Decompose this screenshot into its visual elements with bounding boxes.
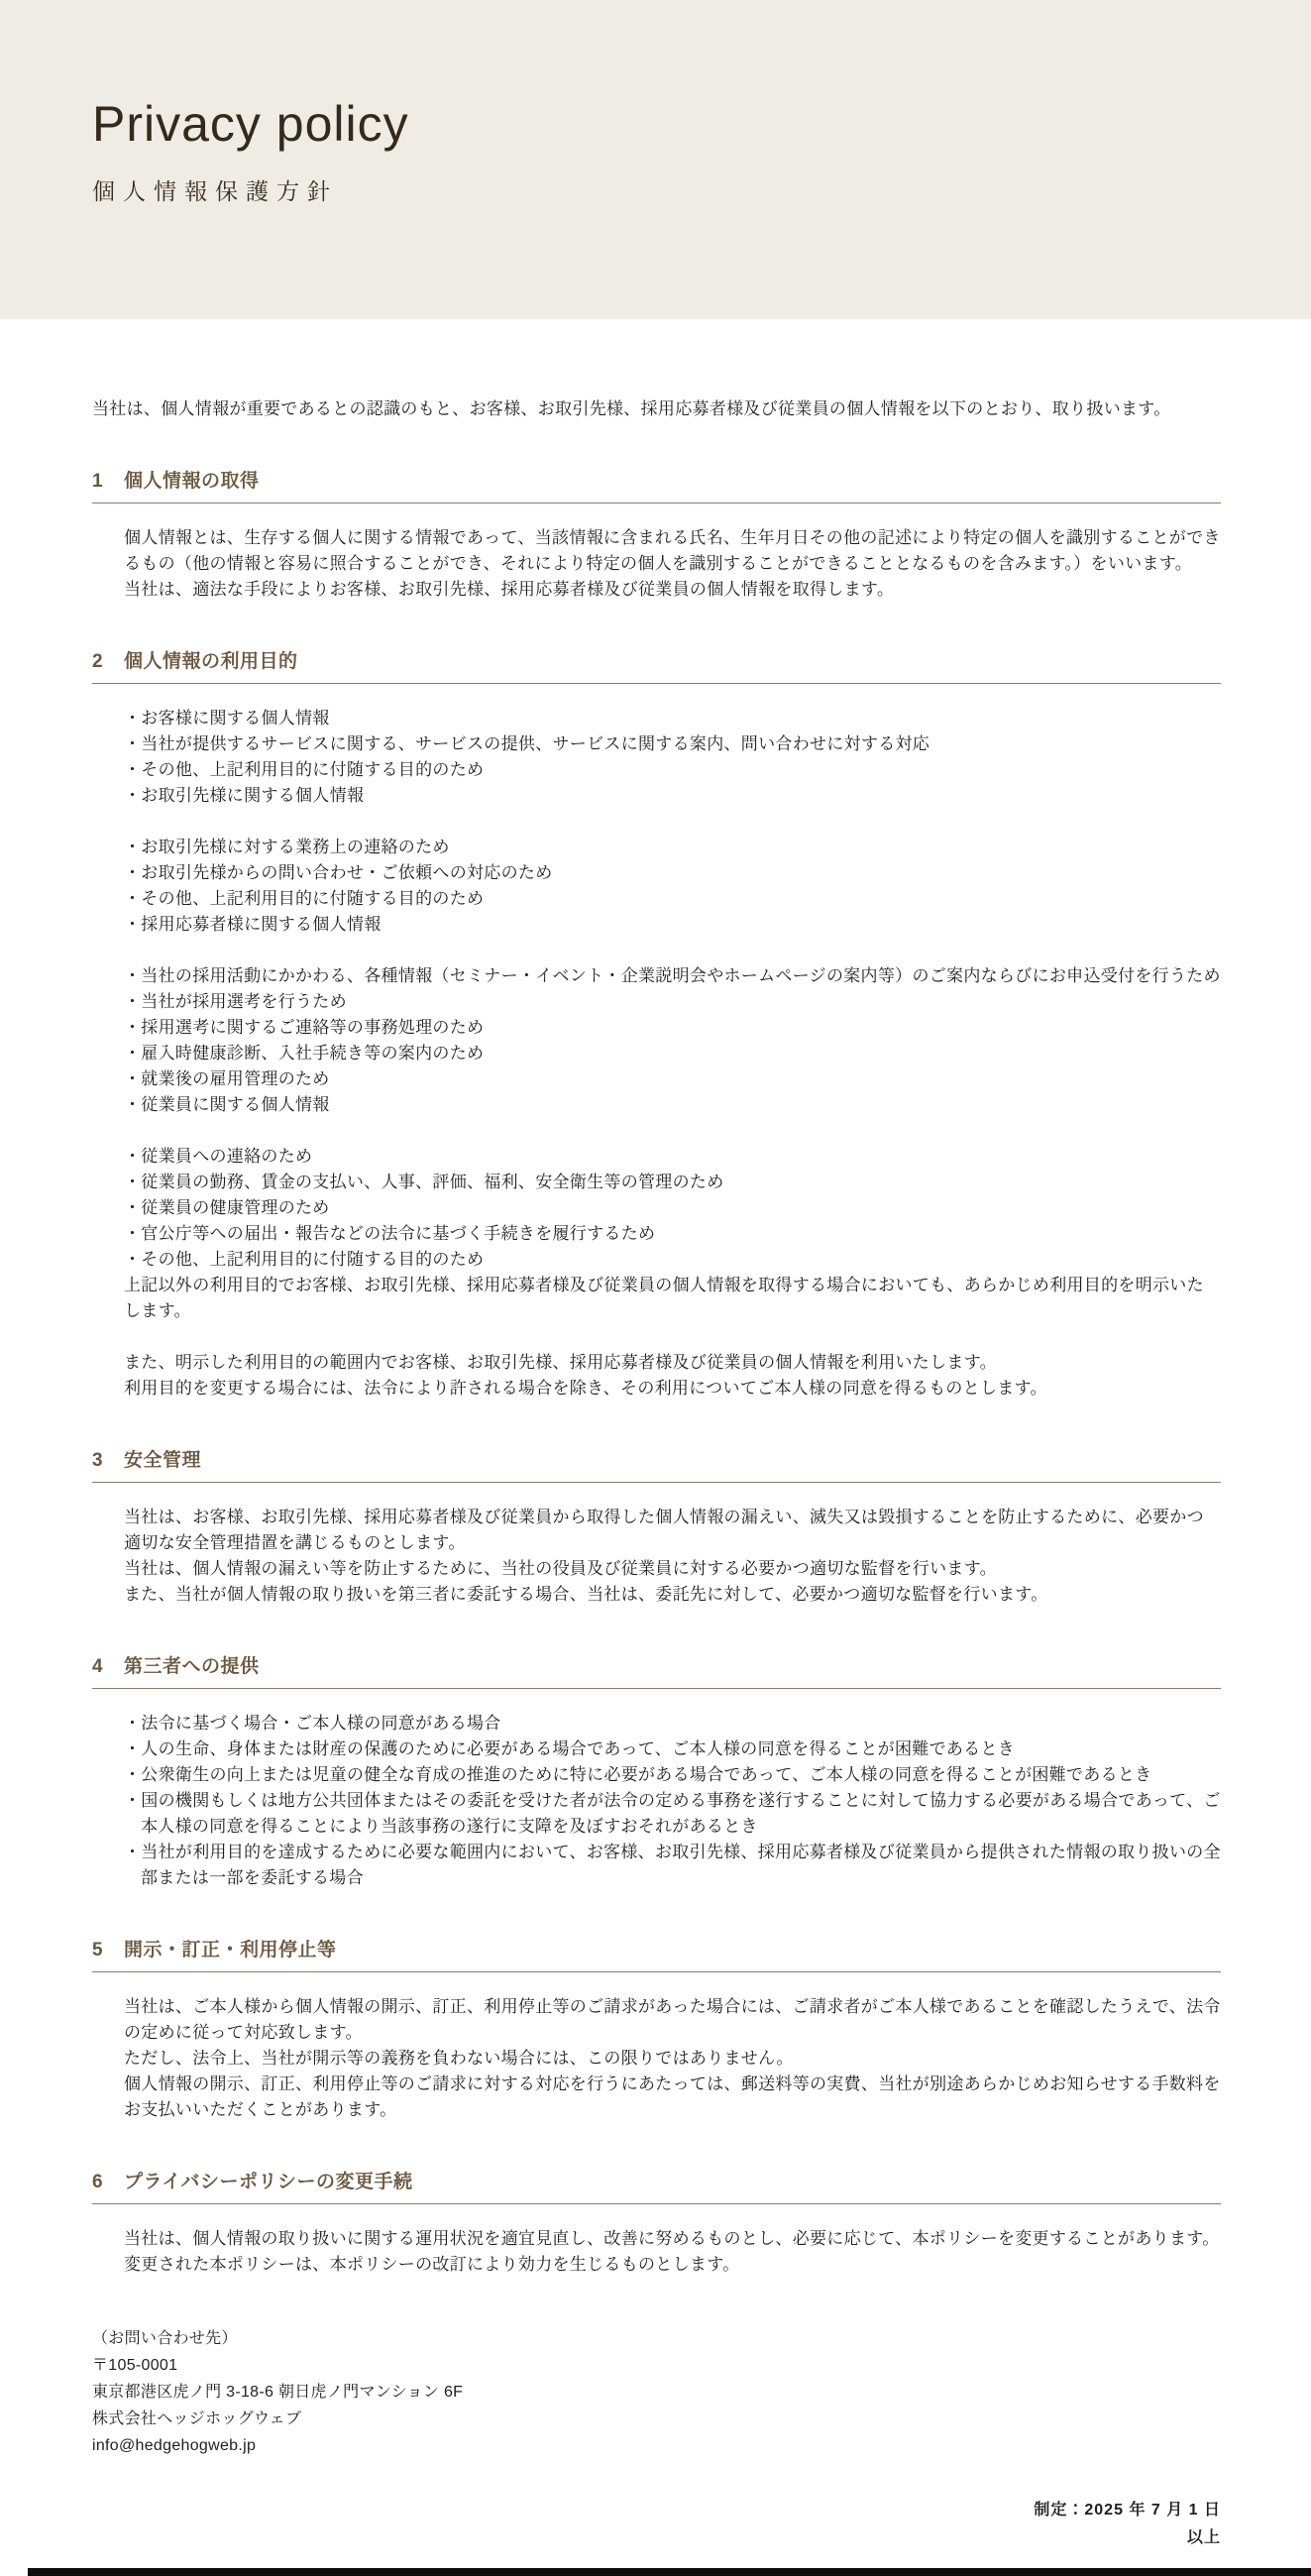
- section-number: 5: [92, 1939, 124, 1961]
- contact-postal-code: 〒105-0001: [92, 2352, 1221, 2379]
- bottom-bar: [28, 2568, 1311, 2576]
- contact-label: （お問い合わせ先）: [92, 2325, 1221, 2352]
- bullet-item: ・当社が提供するサービスに関する、サービスの提供、サービスに関する案内、問い合わ…: [124, 731, 1221, 757]
- section-title: プライバシーポリシーの変更手続: [124, 2172, 413, 2192]
- paragraph: 個人情報とは、生存する個人に関する情報であって、当該情報に含まれる氏名、生年月日…: [124, 525, 1221, 603]
- policy-section: 1個人情報の取得個人情報とは、生存する個人に関する情報であって、当該情報に含まれ…: [92, 470, 1221, 603]
- paragraph-line: 当社は、個人情報の漏えい等を防止するために、当社の役員及び従業員に対する必要かつ…: [124, 1556, 1221, 1582]
- section-number: 2: [92, 650, 124, 673]
- section-number: 4: [92, 1655, 124, 1678]
- section-body: 当社は、ご本人様から個人情報の開示、訂正、利用停止等のご請求があった場合には、ご…: [124, 1994, 1221, 2123]
- section-title: 個人情報の取得: [124, 471, 260, 492]
- bullet-item: ・お客様に関する個人情報: [124, 706, 1221, 731]
- closing-word: 以上: [92, 2524, 1221, 2552]
- privacy-policy-page: { "header": { "title": "Privacy policy",…: [0, 0, 1311, 2576]
- bullet-item: ・その他、上記利用目的に付随する目的のため: [124, 757, 1221, 783]
- policy-section: 5開示・訂正・利用停止等当社は、ご本人様から個人情報の開示、訂正、利用停止等のご…: [92, 1939, 1221, 2123]
- paragraph: 当社は、個人情報の取り扱いに関する運用状況を適宜見直し、改善に努めるものとし、必…: [124, 2226, 1221, 2278]
- paragraph: また、明示した利用目的の範囲内でお客様、お取引先様、採用応募者様及び従業員の個人…: [124, 1350, 1221, 1401]
- section-title: 個人情報の利用目的: [124, 651, 298, 672]
- sections: 1個人情報の取得個人情報とは、生存する個人に関する情報であって、当該情報に含まれ…: [92, 470, 1221, 2278]
- bullet-list: ・お取引先様に対する業務上の連絡のため・お取引先様からの問い合わせ・ご依頼への対…: [124, 835, 1221, 938]
- bullet-item: ・従業員に関する個人情報: [124, 1092, 1221, 1118]
- section-title: 安全管理: [124, 1450, 201, 1471]
- bullet-item: ・当社の採用活動にかかわる、各種情報（セミナー・イベント・企業説明会やホームペー…: [124, 963, 1221, 989]
- section-body: 個人情報とは、生存する個人に関する情報であって、当該情報に含まれる氏名、生年月日…: [124, 525, 1221, 603]
- bullet-item: ・その他、上記利用目的に付随する目的のため: [124, 886, 1221, 912]
- paragraph-line: ただし、法令上、当社が開示等の義務を負わない場合には、この限りではありません。: [124, 2046, 1221, 2072]
- section-body: ・お客様に関する個人情報・当社が提供するサービスに関する、サービスの提供、サービ…: [124, 706, 1221, 1401]
- bullet-list: ・お客様に関する個人情報・当社が提供するサービスに関する、サービスの提供、サービ…: [124, 706, 1221, 809]
- bullet-item: ・官公庁等への届出・報告などの法令に基づく手続きを履行するため: [124, 1221, 1221, 1247]
- policy-section: 4第三者への提供・法令に基づく場合・ご本人様の同意がある場合・人の生命、身体また…: [92, 1655, 1221, 1891]
- paragraph-line: 当社は、ご本人様から個人情報の開示、訂正、利用停止等のご請求があった場合には、ご…: [124, 1994, 1221, 2046]
- contact-address: 東京都港区虎ノ門 3-18-6 朝日虎ノ門マンション 6F: [92, 2379, 1221, 2406]
- bullet-item: ・その他、上記利用目的に付随する目的のため: [124, 1247, 1221, 1273]
- paragraph: 当社は、ご本人様から個人情報の開示、訂正、利用停止等のご請求があった場合には、ご…: [124, 1994, 1221, 2123]
- bullet-item: ・公衆衛生の向上または児童の健全な育成の推進のために特に必要がある場合であって、…: [124, 1762, 1221, 1788]
- bullet-item: ・お取引先様に関する個人情報: [124, 783, 1221, 809]
- intro-paragraph: 当社は、個人情報が重要であるとの認識のもと、お客様、お取引先様、採用応募者様及び…: [92, 396, 1221, 422]
- section-title: 開示・訂正・利用停止等: [124, 1940, 337, 1960]
- bullet-item: ・従業員の勤務、賃金の支払い、人事、評価、福利、安全衛生等の管理のため: [124, 1170, 1221, 1195]
- paragraph-line: また、明示した利用目的の範囲内でお客様、お取引先様、採用応募者様及び従業員の個人…: [124, 1350, 1221, 1376]
- bullet-item: ・採用選考に関するご連絡等の事務処理のため: [124, 1015, 1221, 1041]
- bullet-item: ・従業員の健康管理のため: [124, 1195, 1221, 1221]
- section-divider: [92, 683, 1221, 684]
- bullet-item: ・採用応募者様に関する個人情報: [124, 912, 1221, 938]
- bullet-item: ・就業後の雇用管理のため: [124, 1066, 1221, 1092]
- contact-email: info@hedgehogweb.jp: [92, 2432, 1221, 2459]
- bullet-list: ・法令に基づく場合・ご本人様の同意がある場合・人の生命、身体または財産の保護のた…: [124, 1711, 1221, 1891]
- bullet-item: ・当社が利用目的を達成するために必要な範囲内において、お客様、お取引先様、採用応…: [124, 1840, 1221, 1891]
- paragraph-line: 個人情報とは、生存する個人に関する情報であって、当該情報に含まれる氏名、生年月日…: [124, 525, 1221, 577]
- section-title: 第三者への提供: [124, 1656, 260, 1677]
- policy-section: 2個人情報の利用目的・お客様に関する個人情報・当社が提供するサービスに関する、サ…: [92, 650, 1221, 1401]
- paragraph-line: 利用目的を変更する場合には、法令により許される場合を除き、その利用についてご本人…: [124, 1376, 1221, 1401]
- closing-block: 制定：2025 年 7 月 1 日 以上: [92, 2497, 1221, 2552]
- section-divider: [92, 2203, 1221, 2204]
- contact-block: （お問い合わせ先） 〒105-0001 東京都港区虎ノ門 3-18-6 朝日虎ノ…: [92, 2325, 1221, 2459]
- bullet-item: ・お取引先様に対する業務上の連絡のため: [124, 835, 1221, 860]
- contact-company-name: 株式会社ヘッジホッグウェブ: [92, 2406, 1221, 2432]
- paragraph: 当社は、お客様、お取引先様、採用応募者様及び従業員から取得した個人情報の漏えい、…: [124, 1505, 1221, 1608]
- page-title: Privacy policy: [92, 95, 1221, 153]
- bullet-item: ・雇入時健康診断、入社手続き等の案内のため: [124, 1041, 1221, 1066]
- paragraph: 上記以外の利用目的でお客様、お取引先様、採用応募者様及び従業員の個人情報を取得す…: [124, 1273, 1221, 1324]
- section-heading: 4第三者への提供: [92, 1655, 1221, 1678]
- page-header: Privacy policy 個人情報保護方針: [0, 0, 1311, 319]
- bullet-item: ・お取引先様からの問い合わせ・ご依頼への対応のため: [124, 860, 1221, 886]
- section-number: 1: [92, 470, 124, 493]
- section-number: 6: [92, 2171, 124, 2193]
- bullet-item: ・従業員への連絡のため: [124, 1144, 1221, 1170]
- section-body: 当社は、お客様、お取引先様、採用応募者様及び従業員から取得した個人情報の漏えい、…: [124, 1505, 1221, 1608]
- paragraph-line: また、当社が個人情報の取り扱いを第三者に委託する場合、当社は、委託先に対して、必…: [124, 1582, 1221, 1608]
- paragraph-line: 上記以外の利用目的でお客様、お取引先様、採用応募者様及び従業員の個人情報を取得す…: [124, 1273, 1221, 1324]
- section-divider: [92, 1688, 1221, 1689]
- bullet-item: ・当社が採用選考を行うため: [124, 989, 1221, 1015]
- section-heading: 3安全管理: [92, 1449, 1221, 1472]
- section-heading: 6プライバシーポリシーの変更手続: [92, 2171, 1221, 2193]
- bullet-item: ・法令に基づく場合・ご本人様の同意がある場合: [124, 1711, 1221, 1736]
- paragraph-line: 個人情報の開示、訂正、利用停止等のご請求に対する対応を行うにあたっては、郵送料等…: [124, 2072, 1221, 2123]
- section-heading: 5開示・訂正・利用停止等: [92, 1939, 1221, 1961]
- section-body: ・法令に基づく場合・ご本人様の同意がある場合・人の生命、身体または財産の保護のた…: [124, 1711, 1221, 1891]
- bullet-item: ・国の機関もしくは地方公共団体またはその委託を受けた者が法令の定める事務を遂行す…: [124, 1788, 1221, 1840]
- enactment-date: 制定：2025 年 7 月 1 日: [92, 2497, 1221, 2524]
- section-heading: 1個人情報の取得: [92, 470, 1221, 493]
- section-divider: [92, 503, 1221, 504]
- page-subtitle: 個人情報保護方針: [92, 176, 1221, 206]
- bullet-list: ・従業員への連絡のため・従業員の勤務、賃金の支払い、人事、評価、福利、安全衛生等…: [124, 1144, 1221, 1273]
- paragraph-line: 当社は、お客様、お取引先様、採用応募者様及び従業員から取得した個人情報の漏えい、…: [124, 1505, 1221, 1556]
- paragraph-line: 当社は、適法な手段によりお客様、お取引先様、採用応募者様及び従業員の個人情報を取…: [124, 577, 1221, 603]
- bullet-list: ・当社の採用活動にかかわる、各種情報（セミナー・イベント・企業説明会やホームペー…: [124, 963, 1221, 1118]
- policy-section: 6プライバシーポリシーの変更手続当社は、個人情報の取り扱いに関する運用状況を適宜…: [92, 2171, 1221, 2278]
- section-number: 3: [92, 1449, 124, 1472]
- section-body: 当社は、個人情報の取り扱いに関する運用状況を適宜見直し、改善に努めるものとし、必…: [124, 2226, 1221, 2278]
- paragraph-line: 変更された本ポリシーは、本ポリシーの改訂により効力を生じるものとします。: [124, 2252, 1221, 2278]
- section-heading: 2個人情報の利用目的: [92, 650, 1221, 673]
- section-divider: [92, 1971, 1221, 1972]
- section-divider: [92, 1482, 1221, 1483]
- bullet-item: ・人の生命、身体または財産の保護のために必要がある場合であって、ご本人様の同意を…: [124, 1736, 1221, 1762]
- paragraph-line: 当社は、個人情報の取り扱いに関する運用状況を適宜見直し、改善に努めるものとし、必…: [124, 2226, 1221, 2252]
- policy-content: 当社は、個人情報が重要であるとの認識のもと、お客様、お取引先様、採用応募者様及び…: [0, 396, 1311, 2552]
- policy-section: 3安全管理当社は、お客様、お取引先様、採用応募者様及び従業員から取得した個人情報…: [92, 1449, 1221, 1608]
